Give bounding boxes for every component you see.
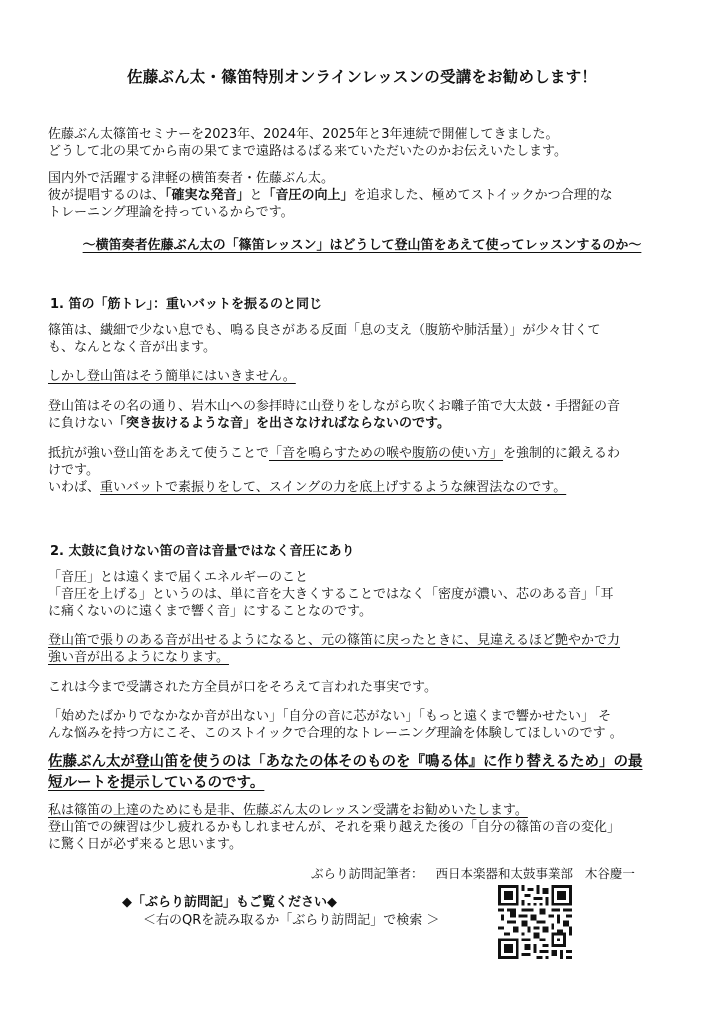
emphasis-piercing-sound: 「突き抜けるような音」を出さなければならないのです。: [113, 416, 450, 431]
s2-p1-line3: に痛くないのに遠くまで響く音」にすることなのです。: [48, 603, 372, 620]
s2-p4-line1: 「始めたばかりでなかなか音が出ない」「自分の音に芯がない」「もっと遠くまで響かせ…: [48, 708, 611, 725]
s1-p3-line1: 登山笛はその名の通り、岩木山への参拝時に山登りをしながら吹くお囃子笛で大太鼓・手…: [48, 398, 620, 415]
intro2-line-1: 国内外で活躍する津軽の横笛奏者・佐藤ぶん太。: [48, 170, 334, 187]
s2-closing-line2: 登山笛での練習は少し疲れるかもしれませんが、それを乗り越えた後の「自分の篠笛の音…: [48, 819, 620, 836]
emphasis-pressure: 「音圧の向上」: [263, 188, 354, 203]
s1-p1-line2: も、なんとなく音が出ます。: [48, 339, 216, 356]
s2-p2-line1: 登山笛で張りのある音が出せるようになると、元の篠笛に戻ったときに、見違えるほど艶…: [48, 632, 620, 649]
s1-p4-line2: けです。: [48, 462, 99, 479]
s2-closing-line3: に驚く日が必ず来ると思います。: [48, 836, 242, 853]
section1-heading: 1. 笛の「筋トレ」：重いバットを振るのと同じ: [50, 293, 322, 312]
qr-code-icon[interactable]: [498, 885, 572, 959]
s1-p1-line1: 篠笛は、繊細で少ない息でも、鳴る良さがある反面「息の支え（腹筋や肺活量）」が少々…: [48, 322, 601, 339]
s2-emphasis-line1: 佐藤ぶん太が登山笛を使うのは「あなたの体そのものを『鳴る体』に作り替えるため」の…: [48, 752, 643, 773]
s1-p3-line2: に負けない「突き抜けるような音」を出さなければならないのです。: [48, 415, 450, 432]
s2-p2-line2: 強い音が出るようになります。: [48, 649, 229, 666]
intro2-line-2: 彼が提唱するのは、「確実な発音」と「音圧の向上」を追求した、極めてストイックかつ…: [48, 187, 613, 204]
text: に負けない: [48, 416, 113, 431]
s2-p1-line1: 「音圧」とは遠くまで届くエネルギーのこと: [48, 569, 308, 586]
intro-line-2: どうして北の果てから南の果てまで遠路はるばる来ていただいたのかお伝えいたします。: [48, 143, 567, 160]
s1-p4-line3: いわば、重いバットで素振りをして、スイングの力を底上げするような練習法なのです。: [48, 479, 566, 496]
intro2-line-3: トレーニング理論を持っているからです。: [48, 204, 294, 221]
underlined-phrase: 重いバットで素振りをして、スイングの力を底上げするような練習法なのです。: [100, 480, 566, 495]
s2-p3: これは今まで受講された方全員が口をそろえて言われた事実です。: [48, 679, 437, 696]
s2-emphasis-line2: 短ルートを提示しているのです。: [48, 773, 264, 794]
emphasis-sound: 「確実な発音」: [165, 188, 250, 203]
text: 抵抗が強い登山笛をあえて使うことで: [48, 446, 269, 461]
signature: ぶらり訪問記筆者： 西日本楽器和太鼓事業部 木谷慶一: [311, 864, 635, 882]
text: いわば、: [48, 480, 100, 495]
intro-line-1: 佐藤ぶん太篠笛セミナーを2023年、2024年、2025年と3年連続で開催してき…: [48, 126, 559, 143]
s1-p2: しかし登山笛はそう簡単にはいきません。: [48, 368, 296, 385]
s2-p1-line2: 「音圧を上げる」というのは、単に音を大きくすることではなく「密度が濃い、芯のある…: [48, 586, 614, 603]
s2-closing-line1: 私は篠笛の上達のためにも是非、佐藤ぶん太のレッスン受講をお勧めいたします。: [48, 802, 528, 819]
s1-p4-line1: 抵抗が強い登山笛をあえて使うことで「音を鳴らすための喉や腹筋の使い方」を強制的に…: [48, 445, 620, 462]
signature-label: ぶらり訪問記筆者：: [311, 866, 424, 881]
section2-heading: 2. 太鼓に負けない笛の音は音量ではなく音圧にあり: [50, 540, 355, 559]
subtitle: ～横笛奏者佐藤ぶん太の「篠笛レッスン」はどうして登山笛をあえて使ってレッスンする…: [0, 234, 724, 253]
promo-heading: ◆「ぶらり訪問記」もご覧ください◆: [122, 891, 337, 910]
text: 彼が提唱するのは、: [48, 188, 165, 203]
underlined-phrase: 「音を鳴らすための喉や腹筋の使い方」: [269, 446, 503, 461]
promo-instructions: ＜右のQRを読み取るか「ぶらり訪問記」で検索 ＞: [143, 909, 439, 928]
page-title: 佐藤ぶん太・篠笛特別オンラインレッスンの受講をお勧めします！: [0, 65, 724, 87]
text: と: [250, 188, 263, 203]
signature-org: 西日本楽器和太鼓事業部: [435, 866, 573, 881]
s2-p4-line2: んな悩みを持つ方にこそ、このストイックで合理的なトレーニング理論を体験してほしい…: [48, 725, 623, 742]
signature-name: 木谷慶一: [585, 866, 635, 881]
text: を追求した、極めてストイックかつ合理的な: [354, 188, 613, 203]
text: を強制的に鍛えるわ: [503, 446, 620, 461]
